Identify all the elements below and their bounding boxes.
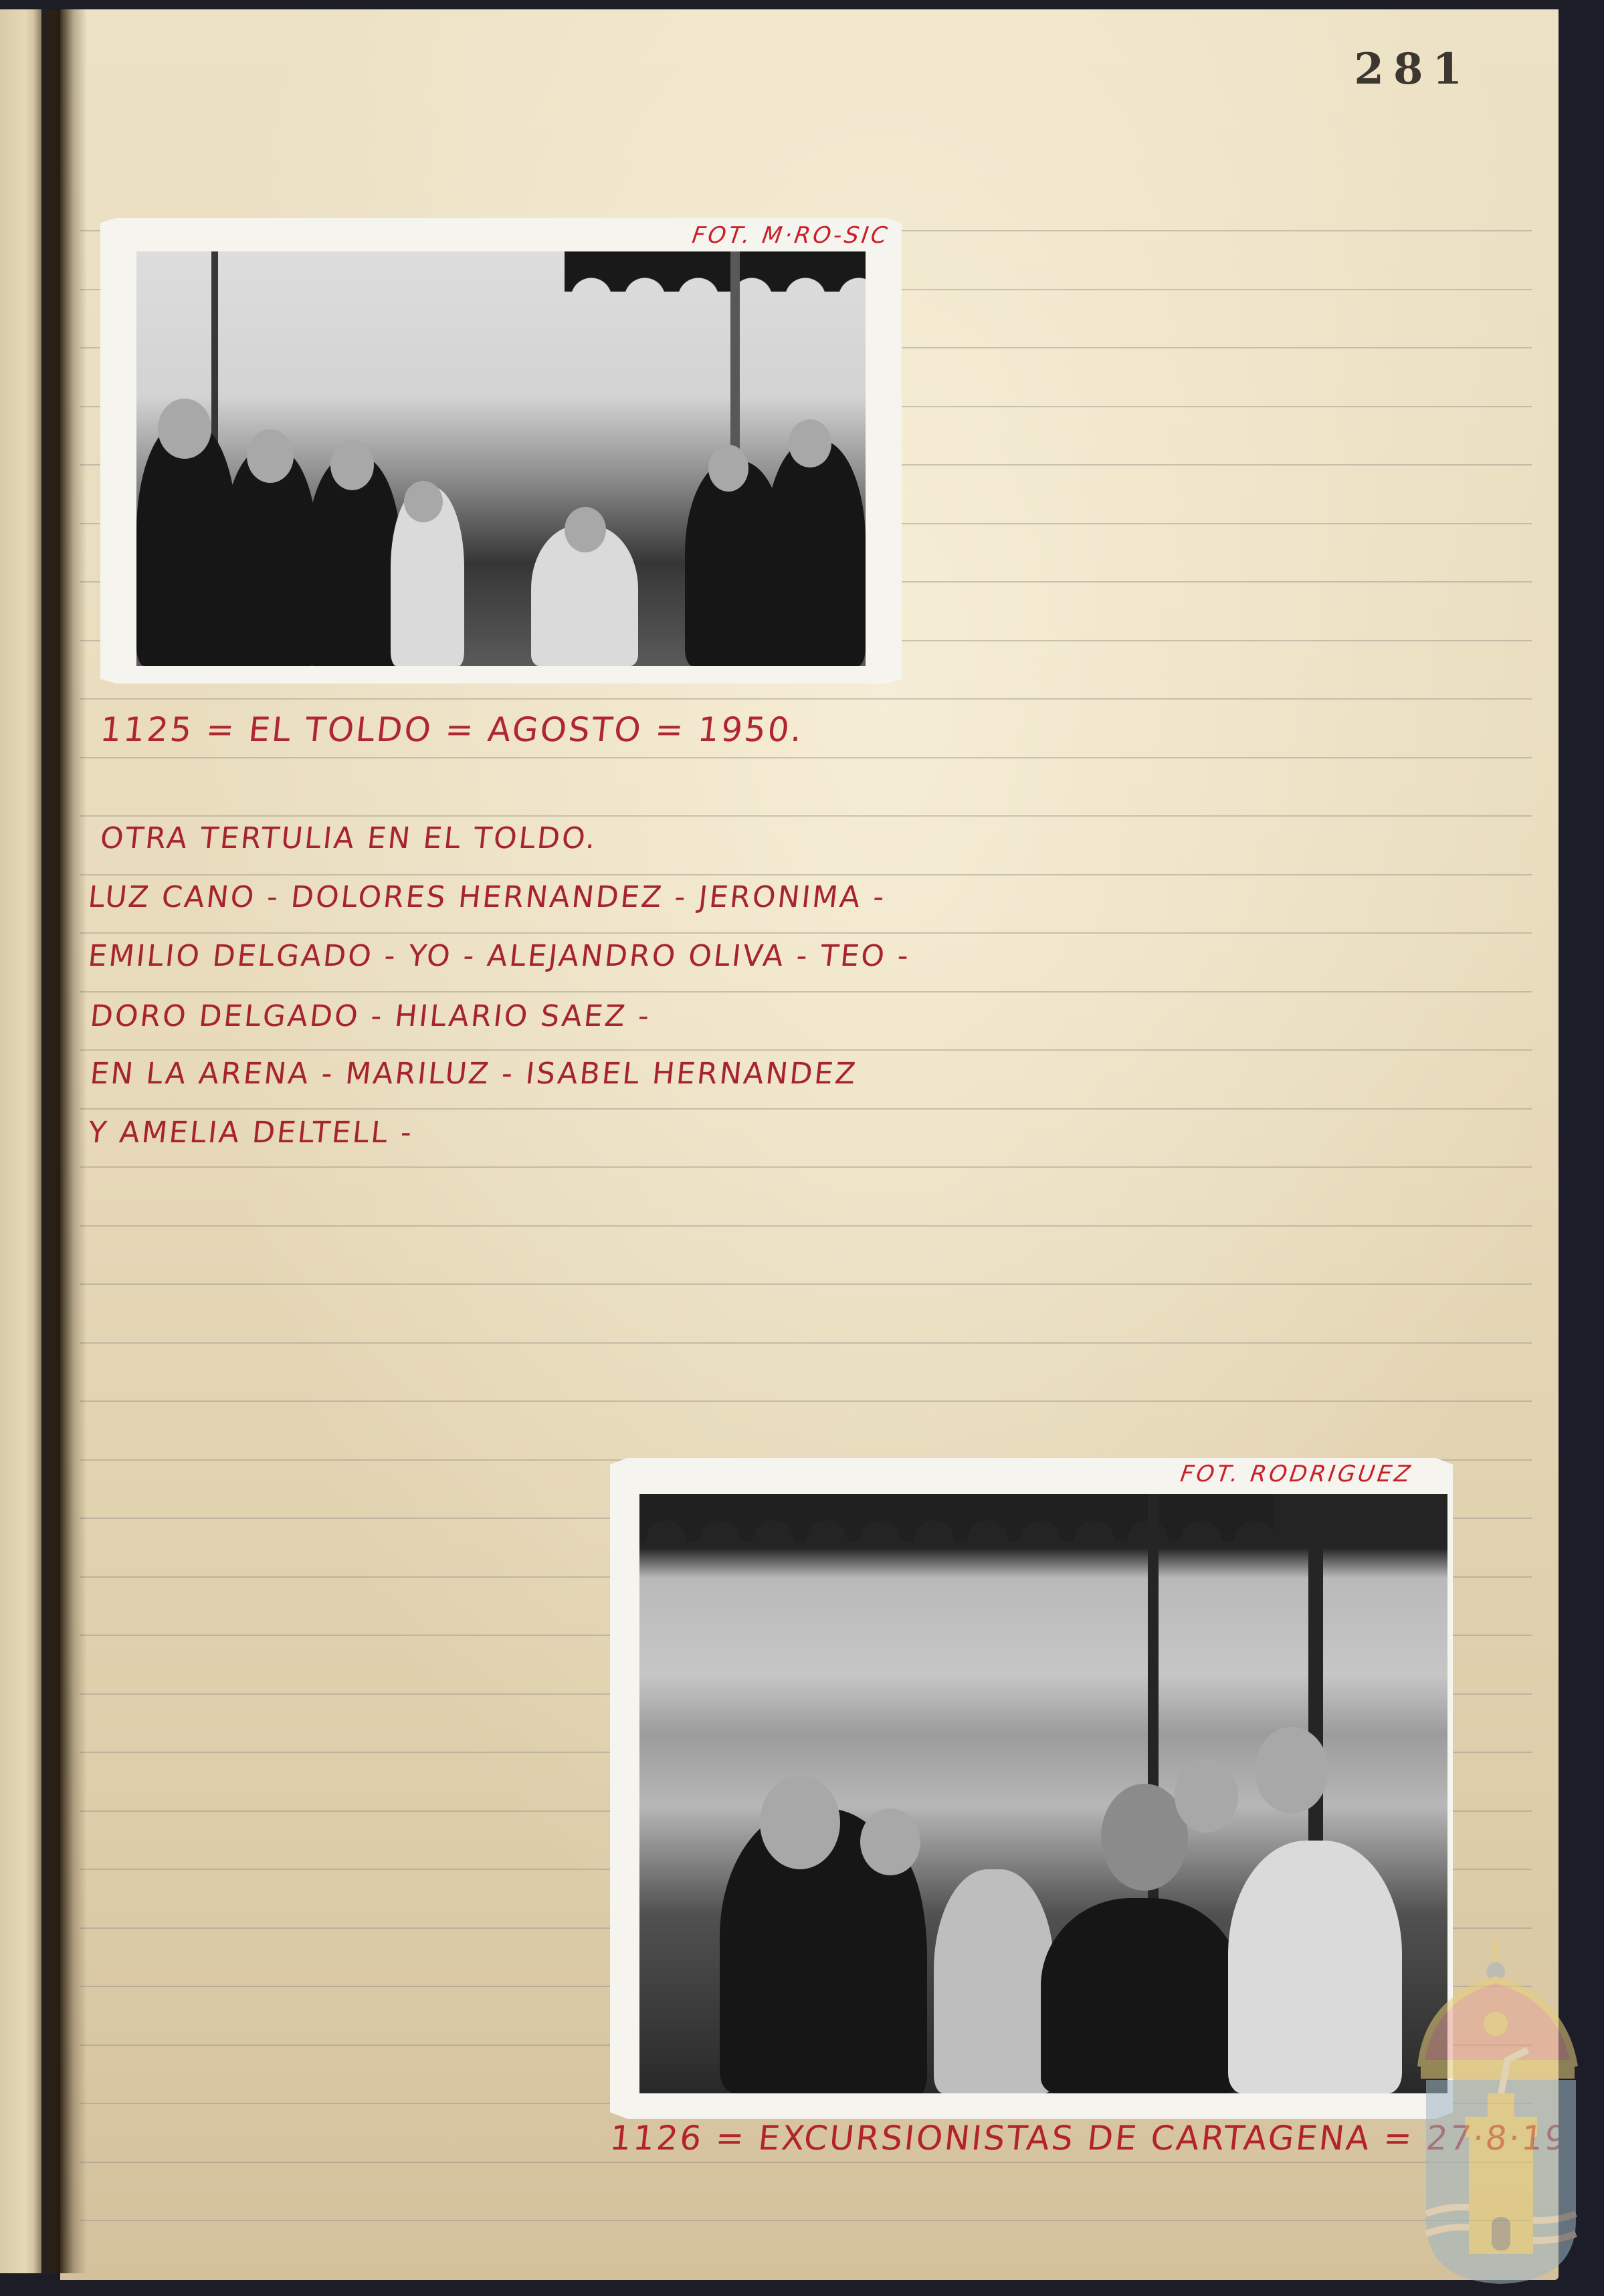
book-gutter bbox=[33, 9, 87, 2273]
note-line-1: OTRA TERTULIA EN EL TOLDO. bbox=[98, 821, 599, 855]
ruled-line bbox=[80, 1283, 1532, 1285]
ruled-line bbox=[80, 2220, 1532, 2221]
group-at-table bbox=[639, 1686, 1447, 2093]
coat-of-arms-watermark bbox=[1407, 1940, 1595, 2287]
ruled-line bbox=[80, 874, 1532, 875]
awning-fringe bbox=[639, 1494, 1274, 1541]
note-line-3: EMILIO DELGADO - YO - ALEJANDRO OLIVA - … bbox=[86, 939, 912, 973]
group-of-people bbox=[136, 409, 866, 666]
ruled-line bbox=[80, 1108, 1532, 1110]
page-number: 281 bbox=[1354, 44, 1472, 94]
photo-1126-image bbox=[639, 1494, 1447, 2093]
ruled-line bbox=[80, 1342, 1532, 1344]
ruled-line bbox=[80, 1049, 1532, 1051]
note-line-2: LUZ CANO - DOLORES HERNANDEZ - JERONIMA … bbox=[86, 880, 888, 914]
ruled-line bbox=[80, 757, 1532, 758]
ruled-line bbox=[80, 991, 1532, 993]
photo-1125-image bbox=[136, 251, 866, 666]
photo-1126[interactable]: FOT. RODRIGUEZ bbox=[610, 1458, 1453, 2119]
awning-fringe bbox=[565, 251, 866, 292]
note-line-4: DORO DELGADO - HILARIO SAEZ - bbox=[88, 999, 652, 1033]
ruled-line bbox=[80, 932, 1532, 934]
ruled-line bbox=[80, 1166, 1532, 1168]
ruled-line bbox=[80, 1400, 1532, 1402]
caption-1125: 1125 = EL TOLDO = AGOSTO = 1950. bbox=[98, 710, 806, 749]
note-line-5: EN LA ARENA - MARILUZ - ISABEL HERNANDEZ bbox=[88, 1057, 859, 1091]
photo-credit-1125: FOT. M·RO-SIC bbox=[690, 222, 891, 249]
photo-1125[interactable]: FOT. M·RO-SIC bbox=[100, 218, 902, 684]
note-line-6: Y AMELIA DELTELL - bbox=[86, 1116, 415, 1150]
crown-icon bbox=[1421, 1940, 1575, 2079]
ruled-line bbox=[80, 1225, 1532, 1227]
ruled-line bbox=[80, 815, 1532, 817]
photo-credit-1126: FOT. RODRIGUEZ bbox=[1179, 1461, 1415, 1487]
ruled-line bbox=[80, 698, 1532, 700]
ruled-line bbox=[80, 2162, 1532, 2163]
